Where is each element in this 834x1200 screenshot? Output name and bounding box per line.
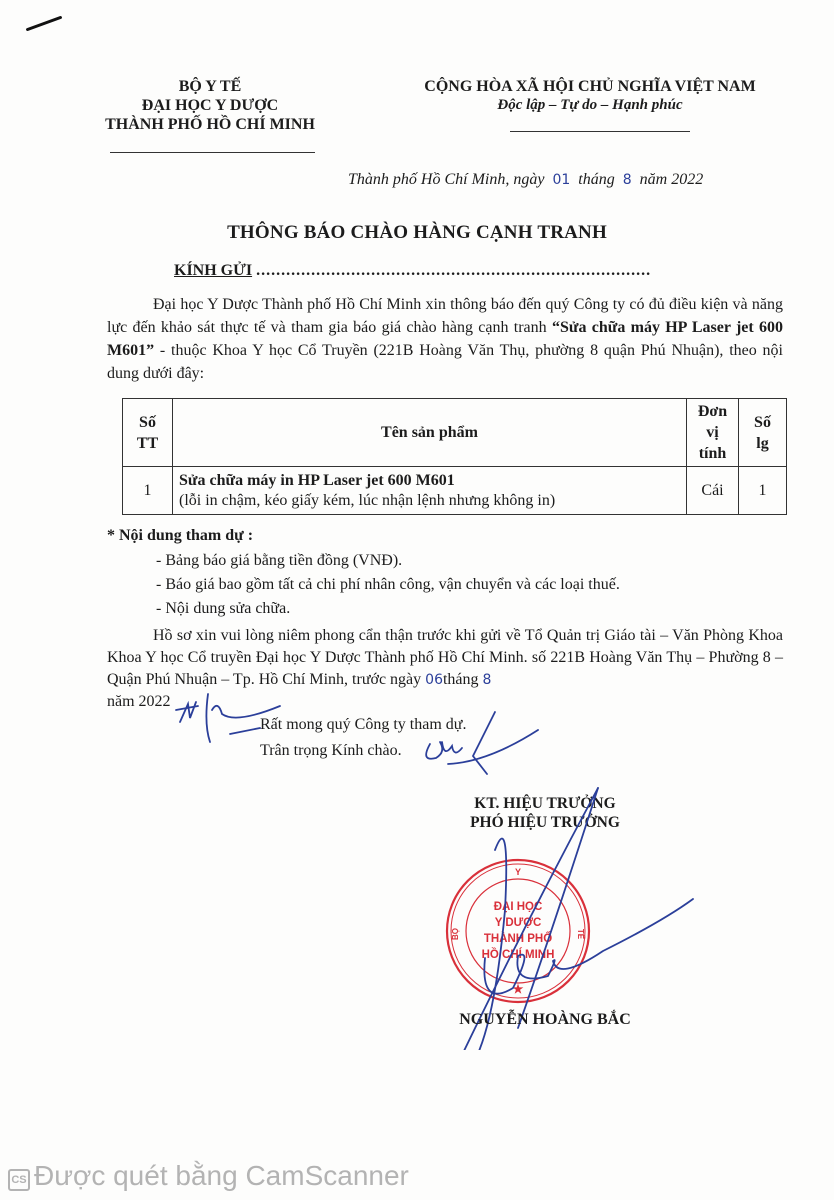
svg-text:TẾ: TẾ [576, 929, 586, 940]
date-day: 01 [552, 172, 570, 188]
recipient-blank: ........................................… [256, 262, 651, 279]
recipient-label: KÍNH GỬI [174, 262, 252, 279]
header-quantity: Sốlg [739, 399, 787, 467]
header-unit: Đơnvịtính [687, 399, 739, 467]
national-motto: Độc lập – Tự do – Hạnh phúc [390, 96, 790, 115]
list-item: - Nội dung sửa chữa. [156, 597, 620, 621]
requirements-list: - Bảng báo giá bằng tiền đồng (VNĐ). - B… [156, 549, 620, 621]
svg-text:Y DƯỢC: Y DƯỢC [495, 917, 542, 929]
svg-text:THÀNH PHỐ: THÀNH PHỐ [484, 931, 552, 945]
product-name: Sửa chữa máy in HP Laser jet 600 M601 [179, 471, 682, 491]
intro-text-after: - thuộc Khoa Y học Cổ Truyền (221B Hoàng… [107, 342, 783, 382]
header-product-name: Tên sản phẩm [173, 399, 687, 467]
cell-unit: Cái [687, 467, 739, 515]
ministry-name: BỘ Y TẾ [95, 77, 325, 96]
svg-text:Y: Y [515, 867, 521, 877]
svg-text:HỒ CHÍ MINH: HỒ CHÍ MINH [482, 948, 555, 961]
svg-text:ĐẠI HỌC: ĐẠI HỌC [494, 901, 543, 913]
table-row: 1 Sửa chữa máy in HP Laser jet 600 M601 … [123, 467, 787, 515]
deadline-month-label: tháng [443, 671, 479, 688]
official-stamp: Y ĐẠI HỌC Y DƯỢC THÀNH PHỐ HỒ CHÍ MINH B… [443, 856, 593, 1006]
signature-title-2: PHÓ HIỆU TRƯỞNG [420, 813, 670, 832]
country-name: CỘNG HÒA XÃ HỘI CHỦ NGHĨA VIỆT NAM [390, 77, 790, 96]
recipient-line: KÍNH GỬI ...............................… [174, 262, 651, 280]
signature-title-1: KT. HIỆU TRƯỞNG [420, 794, 670, 813]
national-header: CỘNG HÒA XÃ HỘI CHỦ NGHĨA VIỆT NAM Độc l… [390, 77, 790, 115]
closing-line-1: Rất mong quý Công ty tham dự. [260, 712, 466, 738]
university-name: ĐẠI HỌC Y DƯỢC [95, 96, 325, 115]
cell-quantity: 1 [739, 467, 787, 515]
document-title: THÔNG BÁO CHÀO HÀNG CẠNH TRANH [0, 222, 834, 244]
header-left-divider [110, 152, 315, 153]
date-prefix: Thành phố Hồ Chí Minh, ngày [348, 171, 544, 188]
svg-text:★: ★ [513, 982, 524, 996]
svg-text:BỘ: BỘ [451, 928, 460, 940]
scanner-watermark: CSĐược quét bằng CamScanner [8, 1160, 409, 1192]
deadline-day: 06 [425, 672, 443, 688]
date-month: 8 [623, 172, 632, 188]
submission-paragraph: Hồ sơ xin vui lòng niêm phong cẩn thận t… [107, 625, 783, 713]
pen-mark [26, 16, 63, 32]
signature-title: KT. HIỆU TRƯỞNG PHÓ HIỆU TRƯỞNG [420, 794, 670, 832]
list-item: - Báo giá bao gồm tất cả chi phí nhân cô… [156, 573, 620, 597]
product-note: (lỗi in chậm, kéo giấy kém, lúc nhận lện… [179, 491, 682, 511]
list-item: - Bảng báo giá bằng tiền đồng (VNĐ). [156, 549, 620, 573]
date-month-label: tháng [578, 171, 614, 188]
date-year: 2022 [671, 171, 703, 188]
issuer-header: BỘ Y TẾ ĐẠI HỌC Y DƯỢC THÀNH PHỐ HỒ CHÍ … [95, 77, 325, 134]
document-date: Thành phố Hồ Chí Minh, ngày 01 tháng 8 n… [348, 171, 703, 189]
cell-stt: 1 [123, 467, 173, 515]
closing-line-2: Trân trọng Kính chào. [260, 738, 466, 764]
date-year-label: năm [640, 171, 668, 188]
header-stt: SốTT [123, 399, 173, 467]
table-header-row: SốTT Tên sản phẩm Đơnvịtính Sốlg [123, 399, 787, 467]
camscanner-logo-icon: CS [8, 1169, 30, 1191]
deadline-month: 8 [483, 672, 492, 688]
signer-name: NGUYỄN HOÀNG BẮC [380, 1011, 710, 1029]
closing: Rất mong quý Công ty tham dự. Trân trọng… [260, 712, 466, 764]
product-table: SốTT Tên sản phẩm Đơnvịtính Sốlg 1 Sửa c… [122, 398, 787, 515]
city-name: THÀNH PHỐ HỒ CHÍ MINH [95, 115, 325, 134]
deadline-year: năm 2022 [107, 693, 171, 710]
header-right-divider [510, 131, 690, 132]
cell-product: Sửa chữa máy in HP Laser jet 600 M601 (l… [173, 467, 687, 515]
requirements-title: * Nội dung tham dự : [107, 527, 253, 545]
intro-paragraph: Đại học Y Dược Thành phố Hồ Chí Minh xin… [107, 293, 783, 385]
watermark-text: Được quét bằng CamScanner [34, 1160, 409, 1191]
